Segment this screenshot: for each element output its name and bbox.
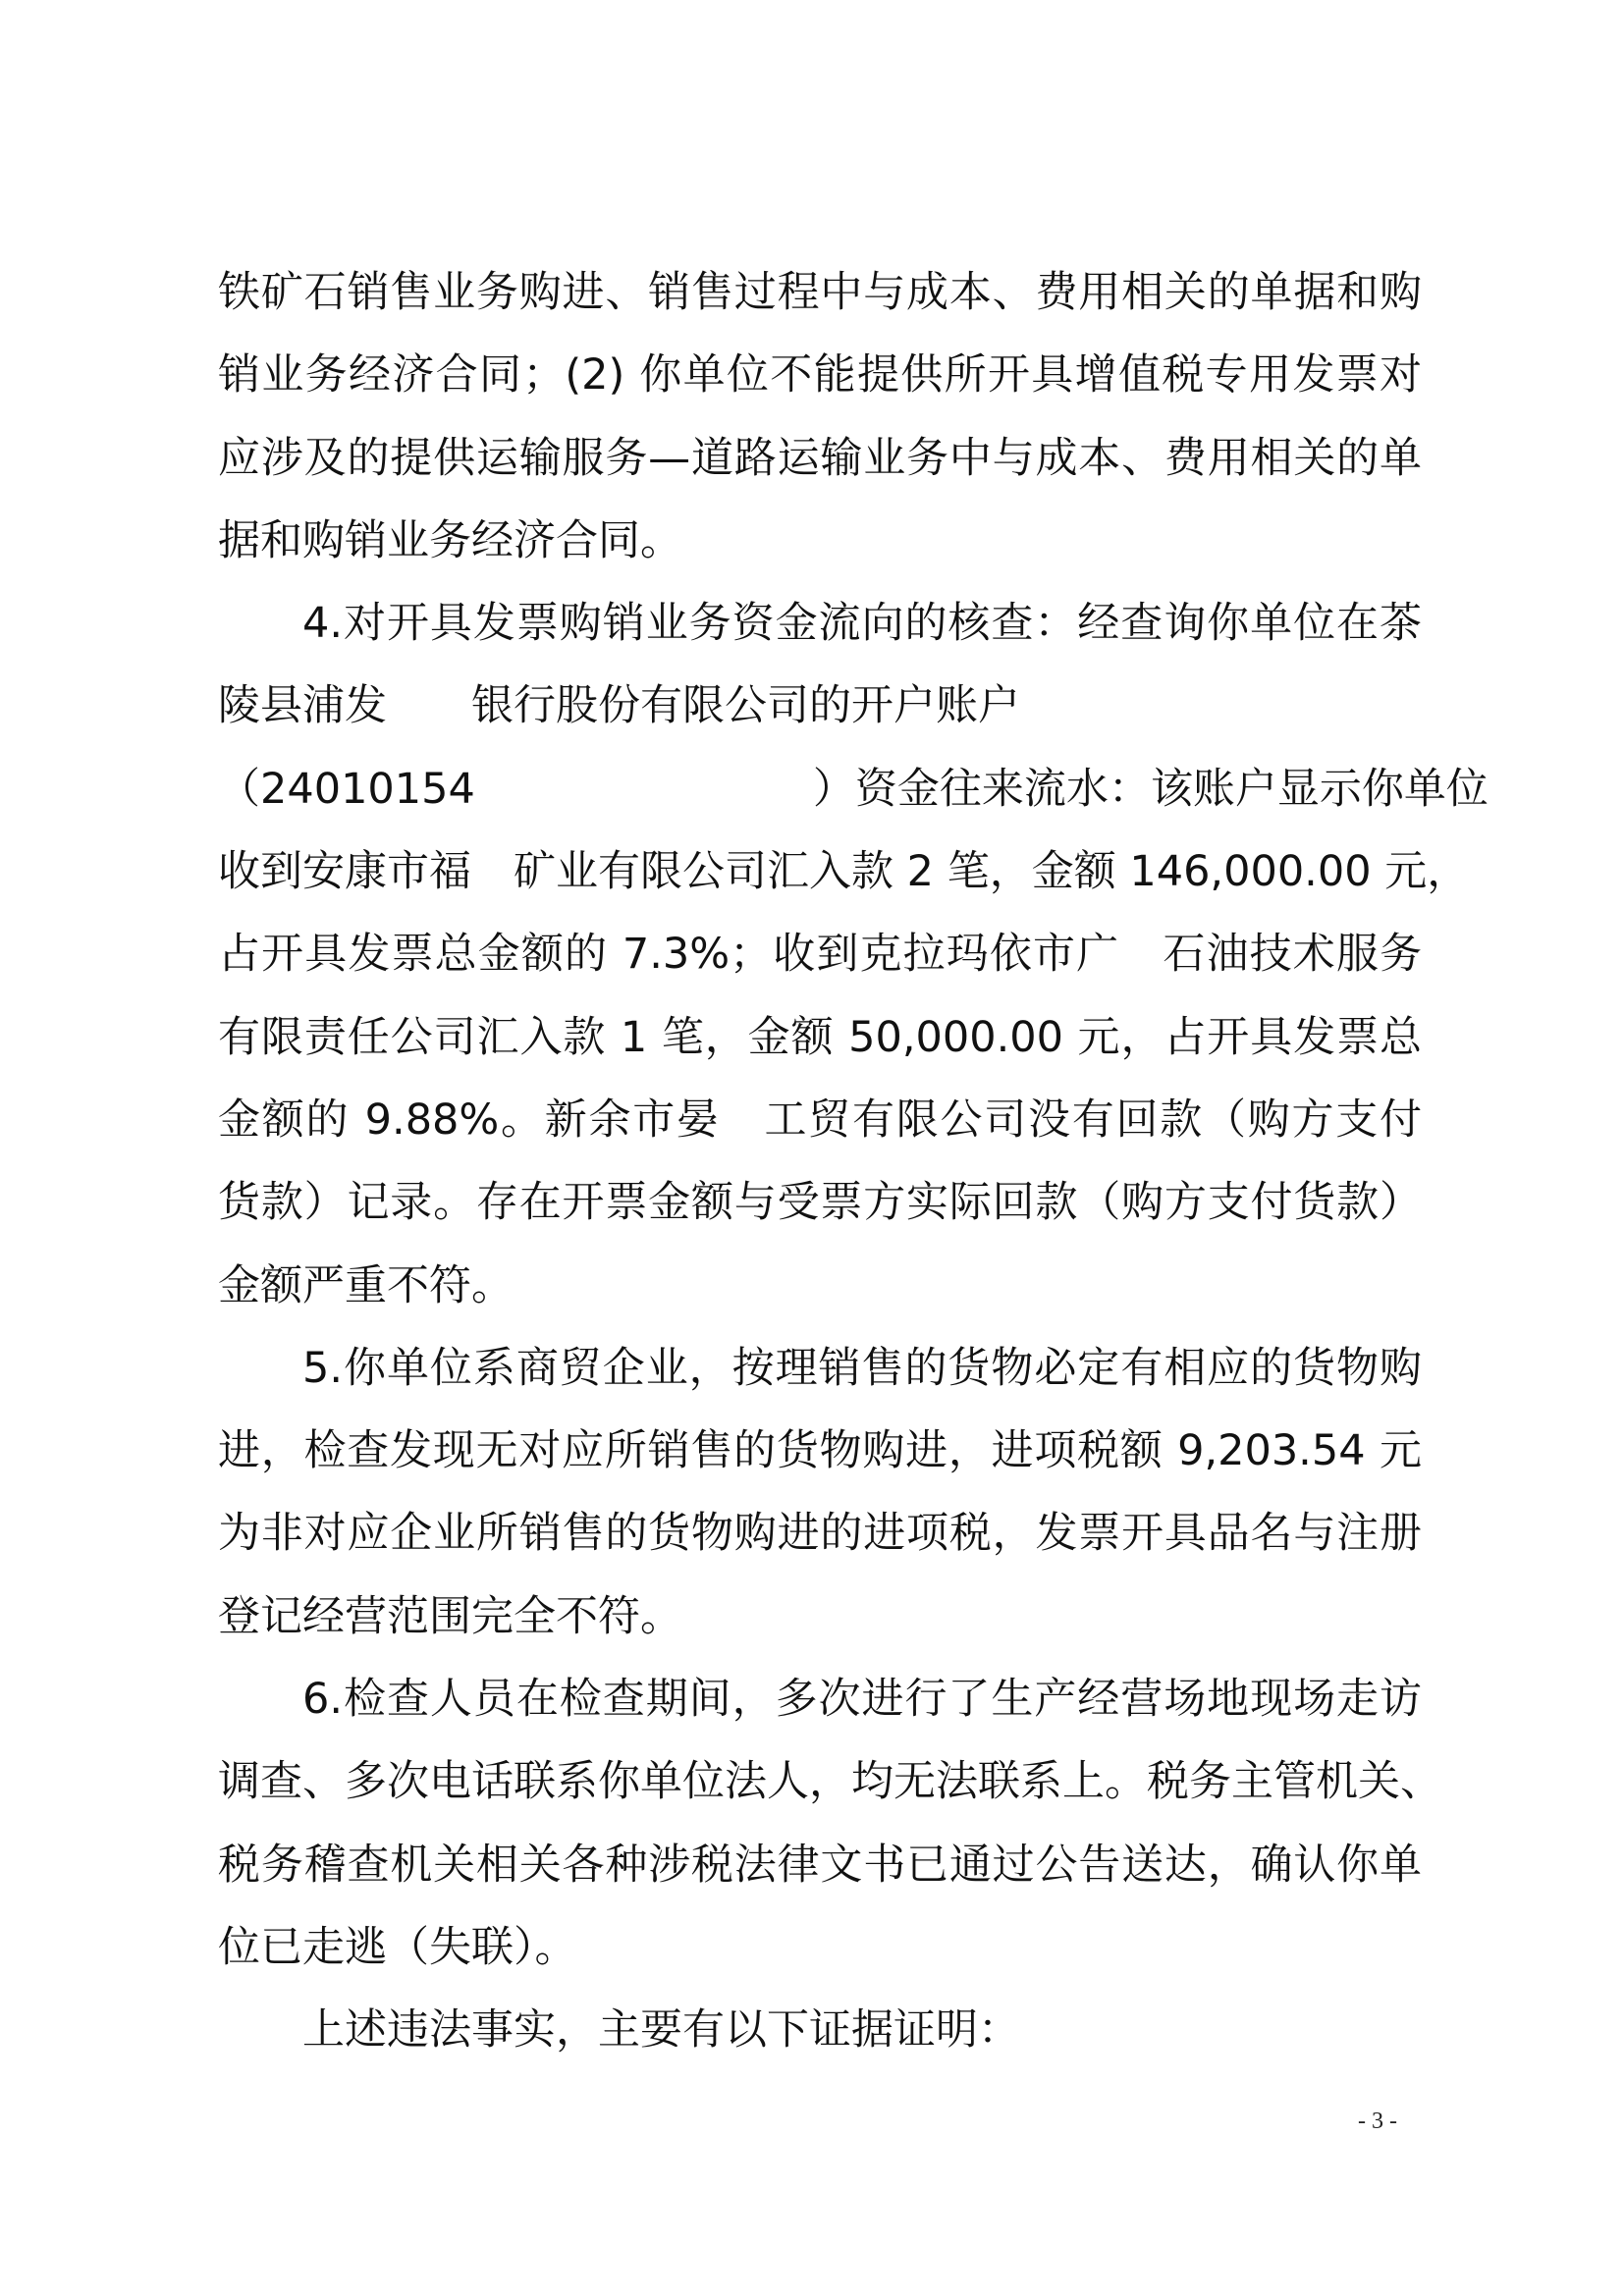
text-line: 调查、多次电话联系你单位法人，均无法联系上。税务主管机关、 [218, 1750, 1422, 1833]
text-line: 税务稽查机关相关各种涉税法律文书已通过公告送达，确认你单 [218, 1834, 1422, 1916]
text-line: （24010154 ）资金往来流水：该账户显示你单位 [218, 758, 1422, 840]
text-line: 登记经营范围完全不符。 [218, 1585, 1422, 1668]
text-line: 上述违法事实，主要有以下证据证明： [218, 1999, 1422, 2081]
text-line: 有限责任公司汇入款 1 笔，金额 50,000.00 元，占开具发票总 [218, 1006, 1422, 1089]
text-line: 金额严重不符。 [218, 1255, 1422, 1337]
text-line: 应涉及的提供运输服务—道路运输业务中与成本、费用相关的单 [218, 427, 1422, 509]
text-line: 据和购销业务经济合同。 [218, 509, 1422, 592]
text-line: 占开具发票总金额的 7.3%；收到克拉玛依市广 石油技术服务 [218, 923, 1422, 1005]
paragraph-item-5: 5.你单位系商贸企业，按理销售的货物必定有相应的货物购 进，检查发现无对应所销售… [218, 1337, 1422, 1668]
text-line: 货款）记录。存在开票金额与受票方实际回款（购方支付货款） [218, 1171, 1422, 1254]
text-line: 铁矿石销售业务购进、销售过程中与成本、费用相关的单据和购 [218, 261, 1422, 344]
paragraph-item-6: 6.检查人员在检查期间，多次进行了生产经营场地现场走访 调查、多次电话联系你单位… [218, 1668, 1422, 1999]
document-page: 铁矿石销售业务购进、销售过程中与成本、费用相关的单据和购 销业务经济合同；(2)… [0, 0, 1624, 2296]
text-line: 销业务经济合同；(2) 你单位不能提供所开具增值税专用发票对 [218, 344, 1422, 426]
text-line: 为非对应企业所销售的货物购进的进项税，发票开具品名与注册 [218, 1502, 1422, 1584]
paragraph-evidence-intro: 上述违法事实，主要有以下证据证明： [218, 1999, 1422, 2081]
text-line: 位已走逃（失联）。 [218, 1916, 1422, 1999]
page-number: - 3 - [1358, 2109, 1397, 2135]
text-line: 金额的 9.88%。新余市晏 工贸有限公司没有回款（购方支付 [218, 1089, 1422, 1171]
text-line: 陵县浦发 银行股份有限公司的开户账户 [218, 674, 1422, 757]
text-line: 进，检查发现无对应所销售的货物购进，进项税额 9,203.54 元 [218, 1419, 1422, 1502]
paragraph-item-4: 4.对开具发票购销业务资金流向的核查：经查询你单位在茶 陵县浦发 银行股份有限公… [218, 592, 1422, 1337]
text-line: 收到安康市福 矿业有限公司汇入款 2 笔，金额 146,000.00 元， [218, 840, 1422, 923]
document-body: 铁矿石销售业务购进、销售过程中与成本、费用相关的单据和购 销业务经济合同；(2)… [218, 261, 1422, 2082]
text-line: 5.你单位系商贸企业，按理销售的货物必定有相应的货物购 [218, 1337, 1422, 1419]
paragraph-continuation: 铁矿石销售业务购进、销售过程中与成本、费用相关的单据和购 销业务经济合同；(2)… [218, 261, 1422, 592]
text-line: 4.对开具发票购销业务资金流向的核查：经查询你单位在茶 [218, 592, 1422, 674]
text-line: 6.检查人员在检查期间，多次进行了生产经营场地现场走访 [218, 1668, 1422, 1750]
